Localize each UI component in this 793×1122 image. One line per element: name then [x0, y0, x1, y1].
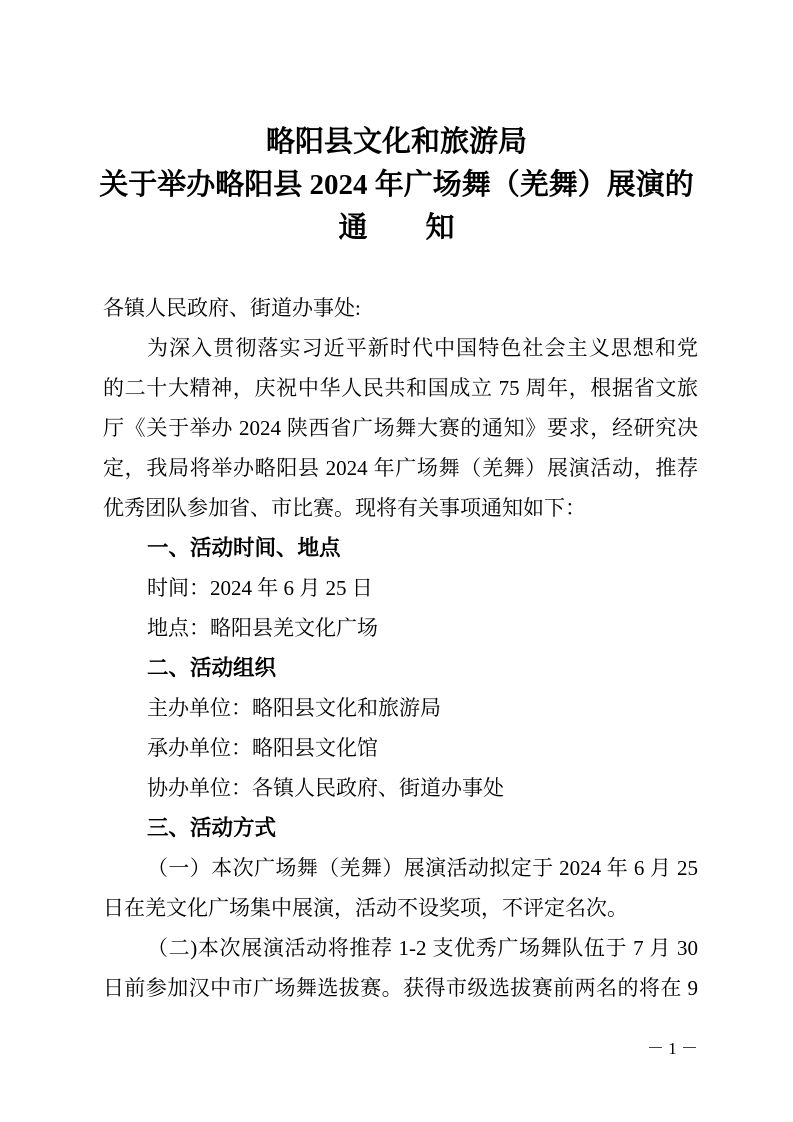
section-3-item-1-line-2: 日在羌文化广场集中展演，活动不设奖项，不评定名次。 [103, 888, 698, 928]
section-2-heading: 二、活动组织 [103, 648, 698, 688]
page-footer: － 1 － [103, 1038, 698, 1060]
section-2-undertaker-line: 承办单位：略阳县文化馆 [103, 728, 698, 768]
section-1-time-line: 时间：2024 年 6 月 25 日 [103, 568, 698, 608]
section-3-item-2-line-1: （二)本次展演活动将推荐 1-2 支优秀广场舞队伍于 7 月 30 [103, 928, 698, 968]
intro-line-1: 为深入贯彻落实习近平新时代中国特色社会主义思想和党 [103, 328, 698, 368]
intro-line-4: 定，我局将举办略阳县 2024 年广场舞（羌舞）展演活动，推荐 [103, 448, 698, 488]
title-org-line: 略阳县文化和旅游局 [0, 121, 793, 164]
document-body: 各镇人民政府、街道办事处: 为深入贯彻落实习近平新时代中国特色社会主义思想和党 … [103, 288, 698, 1008]
salutation: 各镇人民政府、街道办事处: [103, 288, 698, 328]
intro-line-5: 优秀团队参加省、市比赛。现将有关事项通知如下： [103, 488, 698, 528]
page-number: － 1 － [647, 1039, 698, 1058]
section-2-co-organizer-line: 协办单位：各镇人民政府、街道办事处 [103, 768, 698, 808]
section-1-heading: 一、活动时间、地点 [103, 528, 698, 568]
section-3-heading: 三、活动方式 [103, 808, 698, 848]
intro-line-3: 厅《关于举办 2024 陕西省广场舞大赛的通知》要求，经研究决 [103, 408, 698, 448]
section-3-item-2-line-2: 日前参加汉中市广场舞选拔赛。获得市级选拔赛前两名的将在 9 [103, 968, 698, 1008]
section-2-host-line: 主办单位：略阳县文化和旅游局 [103, 688, 698, 728]
document-page: 略阳县文化和旅游局 关于举办略阳县 2024 年广场舞（羌舞）展演的 通 知 各… [0, 0, 793, 1122]
section-3-item-1-line-1: （一）本次广场舞（羌舞）展演活动拟定于 2024 年 6 月 25 [103, 848, 698, 888]
document-title: 略阳县文化和旅游局 关于举办略阳县 2024 年广场舞（羌舞）展演的 通 知 [0, 121, 793, 250]
title-notice-line: 通 知 [0, 207, 793, 250]
intro-line-2: 的二十大精神，庆祝中华人民共和国成立 75 周年，根据省文旅 [103, 368, 698, 408]
section-1-place-line: 地点：略阳县羌文化广场 [103, 608, 698, 648]
title-subject-line: 关于举办略阳县 2024 年广场舞（羌舞）展演的 [0, 164, 793, 207]
